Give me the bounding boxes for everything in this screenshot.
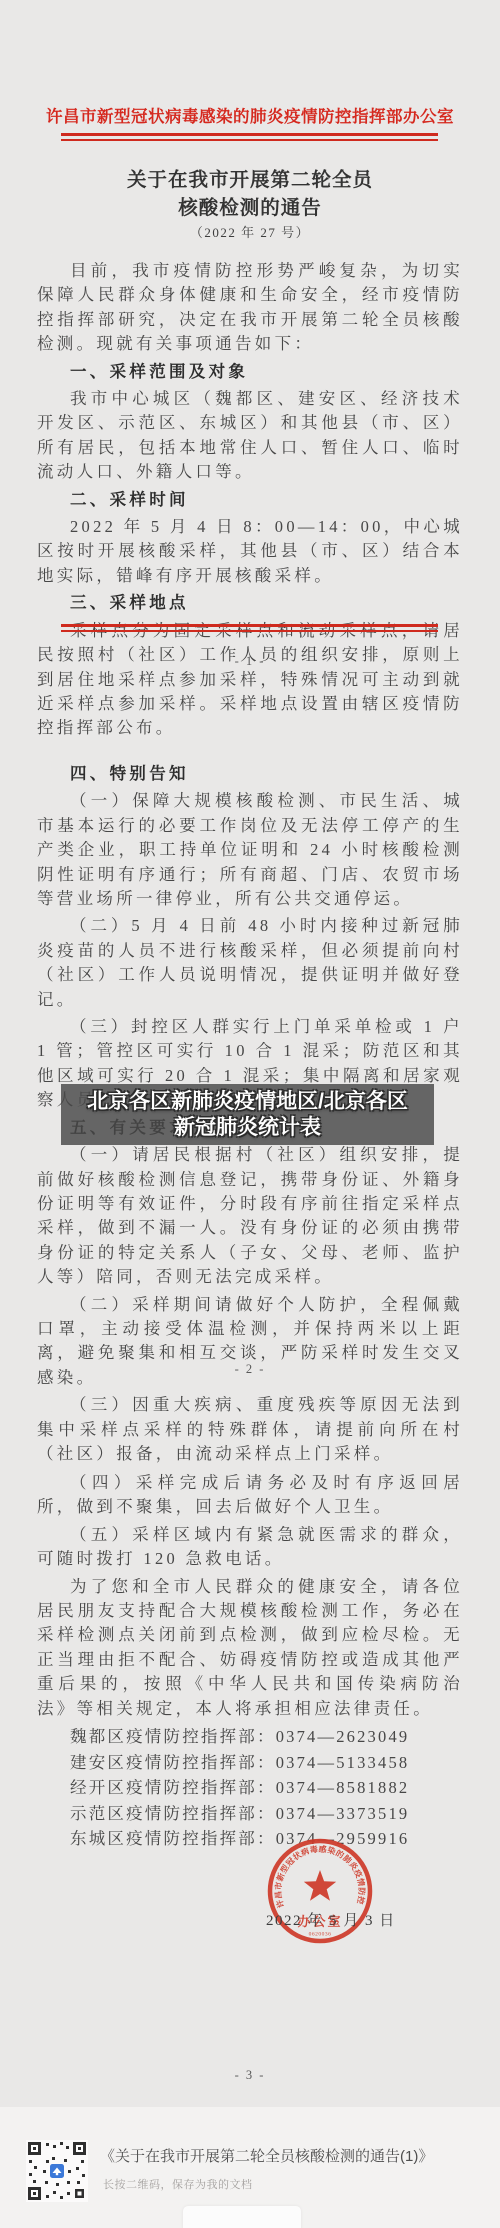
seal-code-text: 0620036 — [309, 1932, 332, 1938]
qr-center-doc-icon — [50, 2164, 64, 2178]
hotline-shifan: 示范区疫情防控指挥部：0374—3373519 — [37, 1801, 463, 1827]
paragraph-intro: 目前，我市疫情防控形势严峻复杂，为切实保障人民群众身体健康和生命安全，经市疫情防… — [37, 259, 463, 357]
paragraph-4-2: （二）5 月 4 日前 48 小时内接种过新冠肺炎疫苗的人员不进行核酸采样，但必… — [37, 914, 463, 1012]
heading-section-4: 四、特别告知 — [37, 762, 463, 786]
overlay-caption-line2: 新冠肺炎统计表 — [174, 1115, 321, 1141]
footer-action-pill[interactable] — [183, 2206, 301, 2228]
hotline-jianan: 建安区疫情防控指挥部：0374—5133458 — [37, 1750, 463, 1776]
official-seal-graphic: 许昌市新型冠状病毒感染的肺炎疫情防控指挥部 办公室 0620036 — [258, 1829, 382, 1953]
hotline-dongcheng: 东城区疫情防控指挥部：0374—2959916 — [37, 1826, 463, 1852]
seal-star-icon — [304, 1870, 336, 1901]
qr-code-graphic — [26, 2140, 88, 2202]
paragraph-5-4: （四）采样完成后请务必及时有序返回居所，做到不聚集，回去后做好个人卫生。 — [37, 1471, 463, 1520]
paragraph-4-1: （一）保障大规模核酸检测、市民生活、城市基本运行的必要工作岗位及无法停工停产的生… — [37, 789, 463, 911]
page-3-body: （四）采样完成后请务必及时有序返回居所，做到不聚集，回去后做好个人卫生。 （五）… — [37, 1471, 463, 1852]
paragraph-5-3: （三）因重大疾病、重度残疾等原因无法到集中采样点采样的特殊群体，请提前向所在村（… — [37, 1393, 463, 1466]
paragraph-closing: 为了您和全市人民群众的健康安全，请各位居民朋友支持配合大规模核酸检测工作，务必在… — [37, 1575, 463, 1721]
heading-section-3: 三、采样地点 — [37, 591, 463, 615]
app-footer-bar: 《关于在我市开展第二轮全员核酸检测的通告(1)》 长按二维码，保存为我的文档 — [0, 2107, 500, 2228]
paragraph-time: 2022 年 5 月 4 日 8：00—14：00，中心城区按时开展核酸采样，其… — [37, 515, 463, 588]
letterhead-org-title: 许昌市新型冠状病毒感染的肺炎疫情防控指挥部办公室 — [0, 103, 500, 127]
paragraph-scope: 我市中心城区（魏都区、建安区、经济技术开发区、示范区、东城区）和其他县（市、区）… — [37, 387, 463, 485]
page-number-2: - 2 - — [0, 1362, 500, 1377]
page-1-bottom-divider — [61, 624, 438, 632]
document-date: 2022 年 5 月 3 日 — [266, 1909, 386, 1930]
official-seal: 许昌市新型冠状病毒感染的肺炎疫情防控指挥部 办公室 0620036 — [258, 1829, 382, 1953]
overlay-caption-banner: 北京各区新肺炎疫情地区/北京各区 新冠肺炎统计表 — [61, 1084, 434, 1145]
paragraph-5-5: （五）采样区域内有紧急就医需求的群众，可随时拨打 120 急救电话。 — [37, 1523, 463, 1572]
document-title-line2: 核酸检测的通告 — [0, 195, 500, 223]
heading-section-2: 二、采样时间 — [37, 488, 463, 512]
document-title: 关于在我市开展第二轮全员 核酸检测的通告 — [0, 167, 500, 223]
footer-save-hint: 长按二维码，保存为我的文档 — [103, 2176, 253, 2192]
page-number-1: - 1 - — [0, 654, 500, 669]
hotline-jingkai: 经开区疫情防控指挥部：0374—8581882 — [37, 1775, 463, 1801]
paragraph-location: 采样点分为固定采样点和流动采样点，请居民按照村（社区）工作人员的组织安排，原则上… — [37, 619, 463, 741]
page-number-3: - 3 - — [0, 2068, 500, 2083]
heading-section-1: 一、采样范围及对象 — [37, 360, 463, 384]
page-1-body: 目前，我市疫情防控形势严峻复杂，为切实保障人民群众身体健康和生命安全，经市疫情防… — [37, 259, 463, 744]
footer-document-title: 《关于在我市开展第二轮全员核酸检测的通告(1)》 — [100, 2145, 490, 2166]
hotline-weidu: 魏都区疫情防控指挥部：0374—2623049 — [37, 1724, 463, 1750]
document-number: （2022 年 27 号） — [0, 222, 500, 241]
document-title-line1: 关于在我市开展第二轮全员 — [0, 167, 500, 195]
letterhead-divider — [61, 133, 438, 141]
paragraph-5-1: （一）请居民根据村（社区）组织安排，提前做好核酸检测信息登记，携带身份证、外籍身… — [37, 1143, 463, 1289]
overlay-caption-line1: 北京各区新肺炎疫情地区/北京各区 — [87, 1089, 408, 1115]
qr-code[interactable] — [26, 2140, 88, 2202]
